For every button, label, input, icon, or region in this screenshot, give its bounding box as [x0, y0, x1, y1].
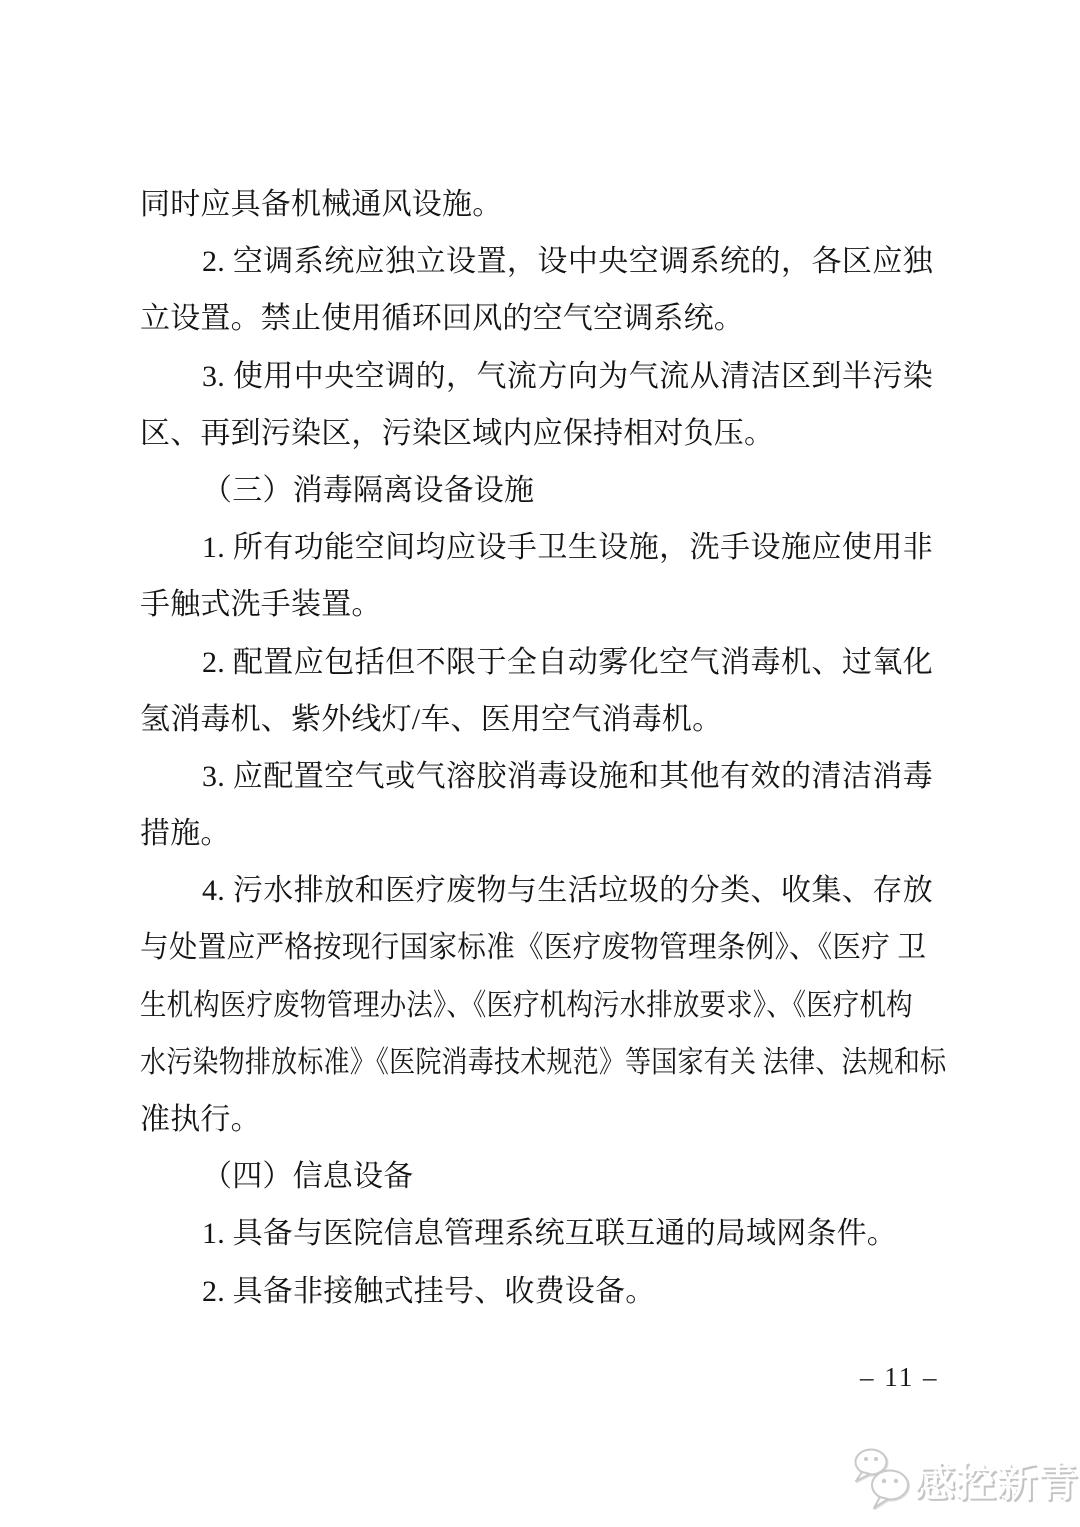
text-line: 氢消毒机、紫外线灯/车、医用空气消毒机。 [140, 691, 933, 748]
text-line: 准执行。 [140, 1091, 933, 1148]
text-line: 1. 具备与医院信息管理系统互联互通的局域网条件。 [140, 1205, 933, 1262]
text-line: 2. 具备非接触式挂号、收费设备。 [140, 1263, 933, 1320]
text-line: 水污染物排放标准》《医院消毒技术规范》等国家有关 法律、法规和标 [140, 1034, 828, 1091]
text-line: 同时应具备机械通风设施。 [140, 176, 933, 233]
text-line: 生机构医疗废物管理办法》、《医疗机构污水排放要求》、《医疗机构 [140, 977, 839, 1034]
document-body: 同时应具备机械通风设施。 2. 空调系统应独立设置，设中央空调系统的，各区应独 … [140, 176, 970, 1320]
text-line: 区、再到污染区，污染区域内应保持相对负压。 [140, 405, 933, 462]
text-line: 手触式洗手装置。 [140, 576, 933, 633]
page-number: – 11 – [860, 1362, 939, 1393]
text-line: 立设置。禁止使用循环回风的空气空调系统。 [140, 290, 933, 347]
text-line: 措施。 [140, 805, 933, 862]
text-line: 1. 所有功能空间均应设手卫生设施，洗手设施应使用非 [140, 519, 933, 576]
text-line: 3. 应配置空气或气溶胶消毒设施和其他有效的清洁消毒 [140, 748, 933, 805]
text-line: 3. 使用中央空调的，气流方向为气流从清洁区到半污染 [140, 348, 933, 405]
watermark-text: 感控新青年 [915, 1451, 1080, 1508]
watermark: 感控新青年 [852, 1446, 1080, 1512]
text-line: 2. 配置应包括但不限于全自动雾化空气消毒机、过氧化 [140, 634, 933, 691]
wechat-bubbles-icon [852, 1446, 910, 1512]
section-heading: （四）信息设备 [140, 1148, 933, 1205]
section-heading: （三）消毒隔离设备设施 [140, 462, 933, 519]
text-line: 与处置应严格按现行国家标准《医疗废物管理条例》、《医疗 卫 [140, 919, 897, 976]
text-line: 2. 空调系统应独立设置，设中央空调系统的，各区应独 [140, 233, 933, 290]
text-line: 4. 污水排放和医疗废物与生活垃圾的分类、收集、存放 [140, 862, 933, 919]
document-page: 同时应具备机械通风设施。 2. 空调系统应独立设置，设中央空调系统的，各区应独 … [0, 0, 1080, 1527]
